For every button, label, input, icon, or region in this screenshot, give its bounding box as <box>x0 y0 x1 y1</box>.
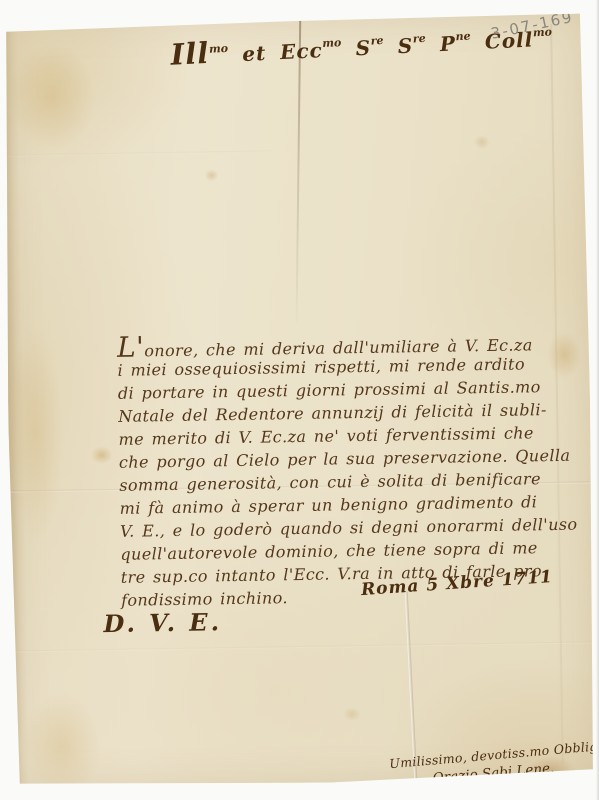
fold-crease-horizontal-top <box>4 150 272 156</box>
closing-block: Umilissimo, devotiss.mo Obblig.mo ser.re… <box>389 733 599 790</box>
letter-body: L'onore, che mi deriva dall'umiliare à V… <box>117 329 563 612</box>
fold-crease-vertical-bottom <box>405 591 418 781</box>
stain <box>343 707 361 721</box>
stain <box>474 135 490 149</box>
stain <box>21 691 103 800</box>
letter-paper: 3-07-169 Illmo et Eccmo Sre Sre Pne Coll… <box>2 13 596 787</box>
stain <box>6 41 98 152</box>
stain <box>204 169 218 181</box>
left-fold-edge <box>2 22 29 787</box>
fold-crease-horizontal-lower <box>12 641 594 652</box>
salutation-line: Illmo et Eccmo Sre Sre Pne Collmo <box>170 21 501 72</box>
stain <box>91 446 113 464</box>
scan-background: 3-07-169 Illmo et Eccmo Sre Sre Pne Coll… <box>0 0 599 800</box>
valediction: D. V. E. <box>103 607 222 638</box>
salutation-text: Ill <box>170 36 210 72</box>
